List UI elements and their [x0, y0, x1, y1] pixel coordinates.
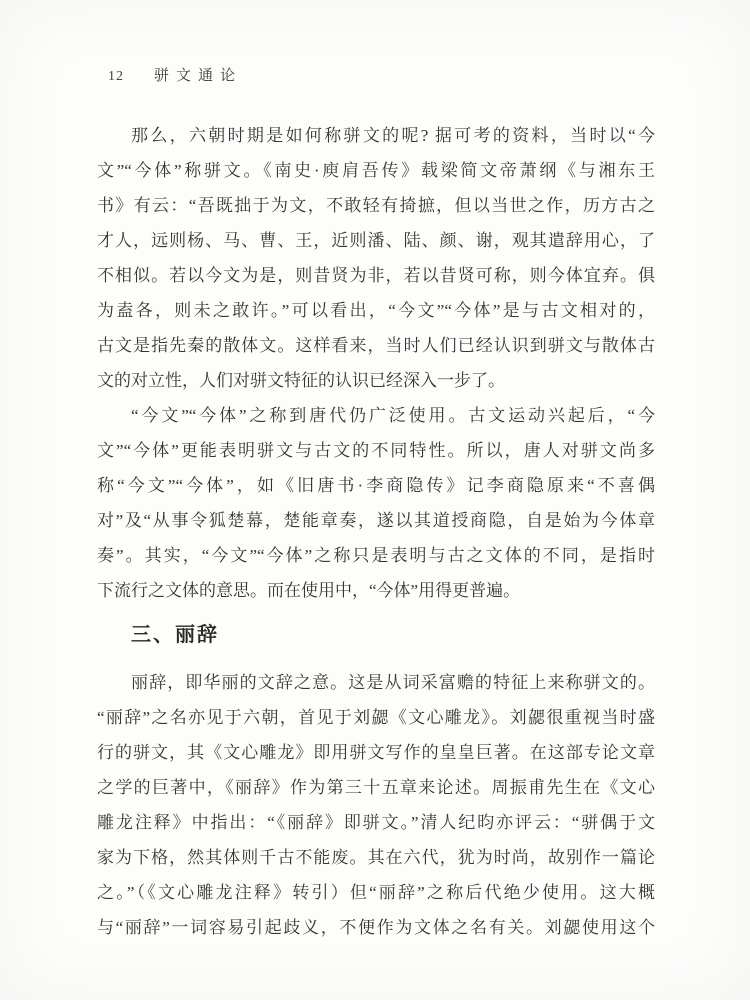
text-line: 文”“今体”称骈文。《南史·庾肩吾传》载梁简文帝萧纲《与湘东王	[97, 153, 655, 188]
paragraph: 那么，六朝时期是如何称骈文的呢? 据可考的资料，当时以“今文”“今体”称骈文。《…	[97, 118, 655, 398]
text-line: 对”及“从事令狐楚幕，楚能章奏，遂以其道授商隐，自是始为今体章	[97, 503, 655, 538]
text-line: 才人，远则杨、马、曹、王，近则潘、陆、颜、谢，观其遣辞用心，了	[97, 223, 655, 258]
text-line: 文的对立性，人们对骈文特征的认识已经深入一步了。	[97, 363, 655, 398]
body-text: 那么，六朝时期是如何称骈文的呢? 据可考的资料，当时以“今文”“今体”称骈文。《…	[97, 118, 655, 945]
text-line: “丽辞”之名亦见于六朝，首见于刘勰《文心雕龙》。刘勰很重视当时盛	[97, 700, 655, 735]
paragraph: 丽辞，即华丽的文辞之意。这是从词采富赡的特征上来称骈文的。“丽辞”之名亦见于六朝…	[97, 665, 655, 945]
text-line: “今文”“今体”之称到唐代仍广泛使用。古文运动兴起后，“今	[97, 398, 655, 433]
text-line: 奏”。其实，“今文”“今体”之称只是表明与古之文体的不同，是指时	[97, 538, 655, 573]
text-line: 雕龙注释》中指出：“《丽辞》即骈文。”清人纪昀亦评云：“骈偶于文	[97, 805, 655, 840]
text-line: 行的骈文，其《文心雕龙》即用骈文写作的皇皇巨著。在这部专论文章	[97, 735, 655, 770]
text-line: 书》有云：“吾既拙于为文，不敢轻有掎摭，但以当世之作，历方古之	[97, 188, 655, 223]
book-title: 骈文通论	[154, 64, 242, 85]
text-line: 那么，六朝时期是如何称骈文的呢? 据可考的资料，当时以“今	[97, 118, 655, 153]
page-header: 12 骈文通论	[108, 64, 242, 85]
text-line: 不相似。若以今文为是，则昔贤为非，若以昔贤可称，则今体宜弃。俱	[97, 258, 655, 293]
text-line: 为盍各，则未之敢许。”可以看出，“今文”“今体”是与古文相对的，	[97, 293, 655, 328]
page-number: 12	[108, 69, 124, 85]
text-line: 之学的巨著中，《丽辞》作为第三十五章来论述。周振甫先生在《文心	[97, 770, 655, 805]
text-line: 称“今文”“今体”，如《旧唐书·李商隐传》记李商隐原来“不喜偶	[97, 468, 655, 503]
text-line: 丽辞，即华丽的文辞之意。这是从词采富赡的特征上来称骈文的。	[97, 665, 655, 700]
text-line: 古文是指先秦的散体文。这样看来，当时人们已经认识到骈文与散体古	[97, 328, 655, 363]
book-page: 12 骈文通论 那么，六朝时期是如何称骈文的呢? 据可考的资料，当时以“今文”“…	[0, 0, 750, 1000]
paragraph: “今文”“今体”之称到唐代仍广泛使用。古文运动兴起后，“今文”“今体”更能表明骈…	[97, 398, 655, 608]
text-line: 文”“今体”更能表明骈文与古文的不同特性。所以，唐人对骈文尚多	[97, 433, 655, 468]
text-line: 家为下格，然其体则千古不能废。其在六代，犹为时尚，故别作一篇论	[97, 840, 655, 875]
text-line: 之。”（《文心雕龙注释》转引）但“丽辞”之称后代绝少使用。这大概	[97, 875, 655, 910]
text-line: 下流行之文体的意思。而在使用中，“今体”用得更普遍。	[97, 573, 655, 608]
text-line: 与“丽辞”一词容易引起歧义，不便作为文体之名有关。刘勰使用这个	[97, 910, 655, 945]
section-heading: 三、丽辞	[97, 618, 655, 653]
